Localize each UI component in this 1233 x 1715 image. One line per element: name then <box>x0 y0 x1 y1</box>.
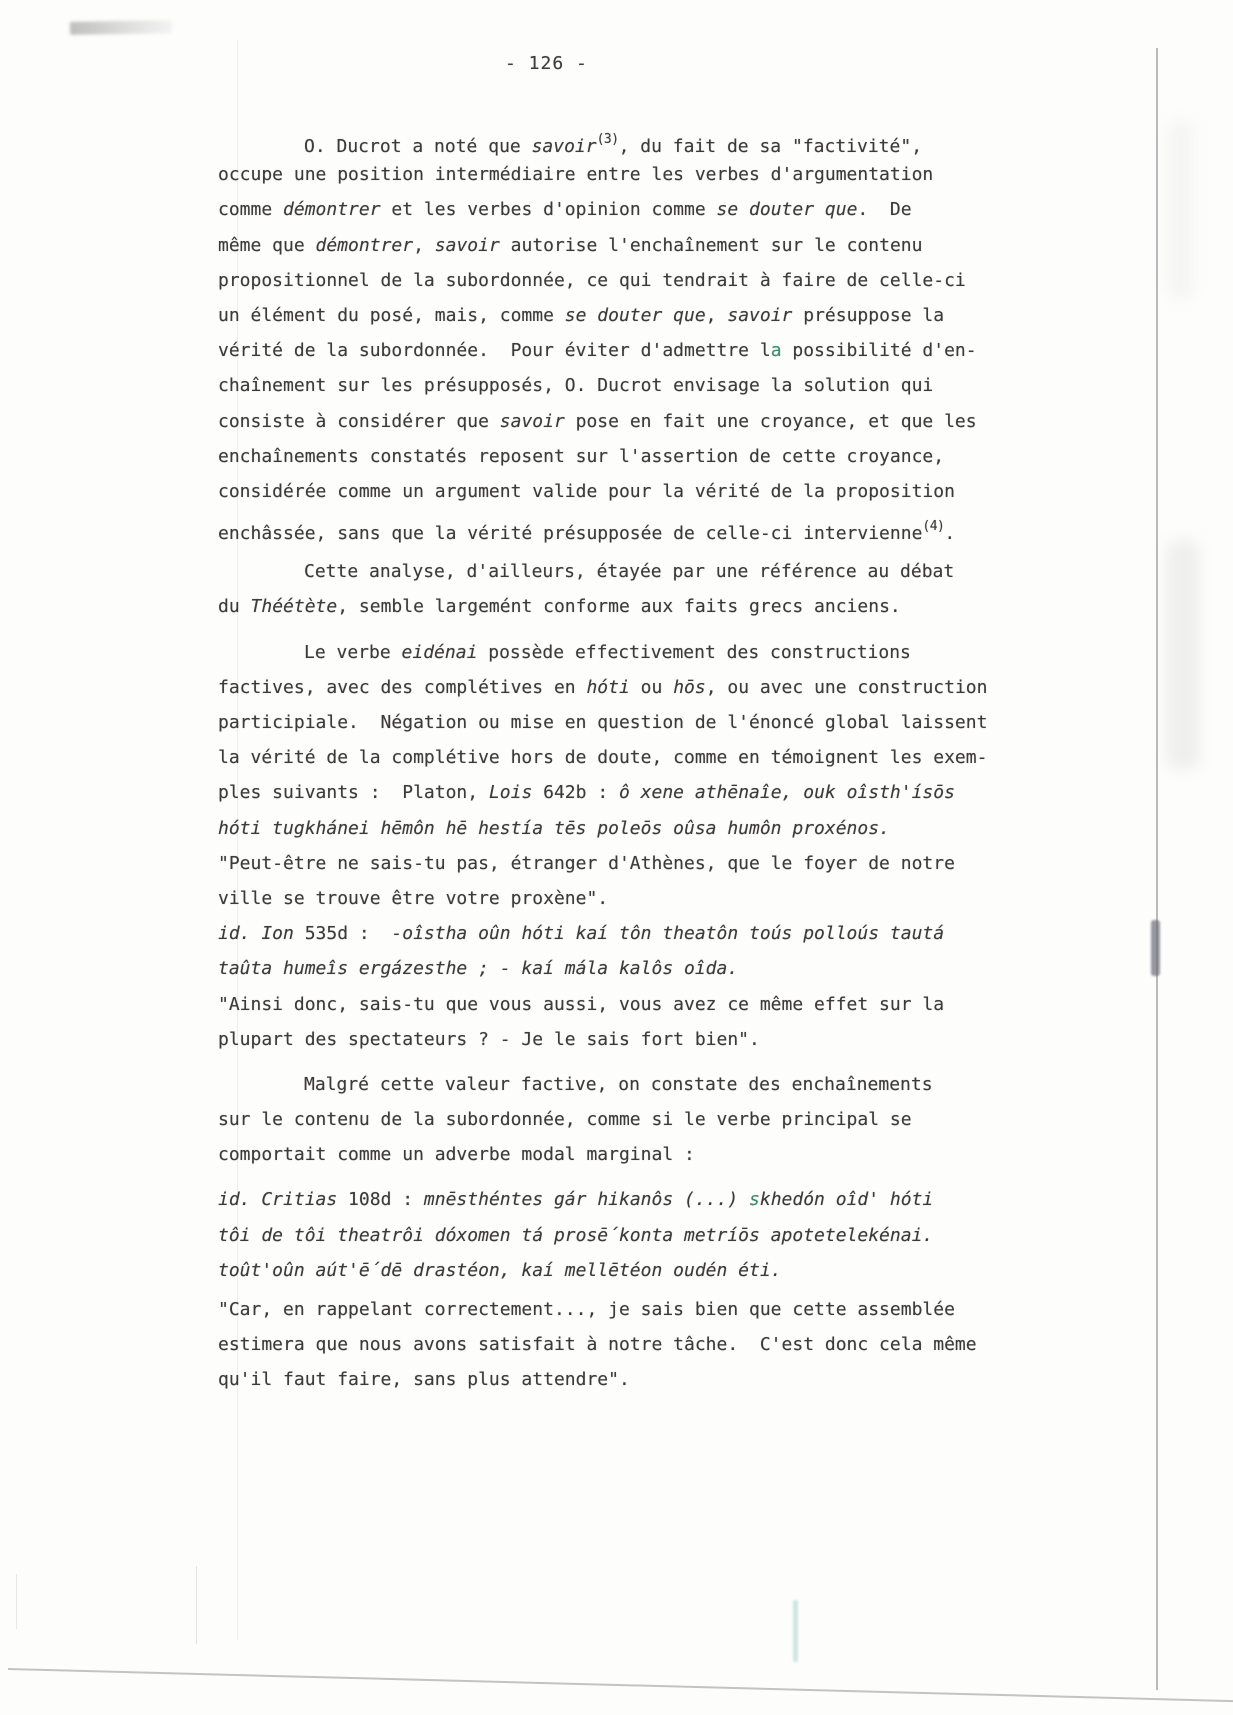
text-line: sur le contenu de la subordonnée, comme … <box>218 1102 1028 1137</box>
scan-page-bottom-edge <box>8 1668 1233 1708</box>
text-line: Cette analyse, d'ailleurs, étayée par un… <box>218 554 1028 589</box>
text-segment: 108d : <box>337 1189 424 1210</box>
text-line: toût'oûn aút'ḗdē drastéon, kaí mellētéon… <box>218 1253 1028 1288</box>
text-segment: ples suivants : Platon, <box>218 782 489 803</box>
text-line: chaînement sur les présupposés, O. Ducro… <box>218 368 1028 403</box>
text-line: même que démontrer, savoir autorise l'en… <box>218 228 1028 263</box>
text-segment: , du fait de sa "factivité", <box>619 136 922 157</box>
text-line: id. Ion 535d : -oîstha oûn hóti kaí tôn … <box>218 916 1028 951</box>
scan-mark-bottom-left-b <box>16 1574 17 1629</box>
text-segment: , <box>413 235 435 256</box>
text-line: "Peut-être ne sais-tu pas, étranger d'At… <box>218 846 1028 881</box>
scan-smudge-top-left <box>70 20 172 35</box>
text-segment: possibilité d'en- <box>782 340 977 361</box>
text-segment: ville se trouve être votre proxène". <box>218 888 608 909</box>
text-line: propositionnel de la subordonnée, ce qui… <box>218 263 1028 298</box>
text-segment: tôi de tôi theatrôi dóxomen tá prosḗkont… <box>218 1225 933 1246</box>
text-line: la vérité de la complétive hors de doute… <box>218 740 1028 775</box>
text-segment: . <box>944 523 955 544</box>
text-segment: sur le contenu de la subordonnée, comme … <box>218 1109 912 1130</box>
text-segment: 642b : <box>532 782 619 803</box>
text-segment: , <box>706 305 728 326</box>
text-line: qu'il faut faire, sans plus attendre". <box>218 1362 1028 1397</box>
text-segment: khedón oîd' hóti <box>760 1189 933 1210</box>
text-line: comportait comme un adverbe modal margin… <box>218 1137 1028 1172</box>
text-segment: a <box>771 340 782 361</box>
text-line: consiste à considérer que savoir pose en… <box>218 404 1028 439</box>
text-segment: . De <box>857 199 911 220</box>
text-segment: Le verbe <box>304 642 402 663</box>
text-segment: "Car, en rappelant correctement..., je s… <box>218 1299 955 1320</box>
text-segment: Théétète <box>251 596 338 617</box>
page-number: - 126 - <box>505 53 588 74</box>
text-line: du Théétète, semble largemént conforme a… <box>218 589 1028 624</box>
text-line: taûta humeîs ergázesthe ; - kaí mála kal… <box>218 951 1028 986</box>
text-line: Le verbe eidénai possède effectivement d… <box>218 635 1028 670</box>
text-segment: démontrer <box>283 199 381 220</box>
text-segment: Malgré cette valeur factive, on constate… <box>304 1074 933 1095</box>
text-line: hóti tugkhánei hēmôn hē hestía tēs poleō… <box>218 811 1028 846</box>
text-segment: participiale. Négation ou mise en questi… <box>218 712 987 733</box>
scan-mark-bottom-left-a <box>196 1566 197 1644</box>
text-line: participiale. Négation ou mise en questi… <box>218 705 1028 740</box>
text-line: enchaînements constatés reposent sur l'a… <box>218 439 1028 474</box>
text-segment: (4) <box>922 519 944 534</box>
text-segment: savoir <box>727 305 792 326</box>
text-line: vérité de la subordonnée. Pour éviter d'… <box>218 333 1028 368</box>
text-segment: la vérité de la complétive hors de doute… <box>218 747 987 768</box>
text-segment: "Peut-être ne sais-tu pas, étranger d'At… <box>218 853 955 874</box>
text-segment: toût'oûn aút'ḗdē drastéon, kaí mellētéon… <box>218 1260 782 1281</box>
text-segment: se douter que <box>565 305 706 326</box>
text-segment: (3) <box>597 132 619 147</box>
text-segment: "Ainsi donc, sais-tu que vous aussi, vou… <box>218 994 944 1015</box>
text-segment: Lois <box>489 782 532 803</box>
text-segment: considérée comme un argument valide pour… <box>218 481 955 502</box>
text-segment: , semble largemént conforme aux faits gr… <box>337 596 901 617</box>
text-segment: comportait comme un adverbe modal margin… <box>218 1144 695 1165</box>
text-line: comme démontrer et les verbes d'opinion … <box>218 192 1028 227</box>
paragraph: Le verbe eidénai possède effectivement d… <box>218 635 1028 1057</box>
text-segment: id. Ion <box>218 923 294 944</box>
text-line: un élément du posé, mais, comme se doute… <box>218 298 1028 333</box>
scan-mark-teal-bottom <box>793 1600 798 1662</box>
document-page: - 126 - O. Ducrot a noté que savoir(3), … <box>0 0 1233 1715</box>
text-line: "Car, en rappelant correctement..., je s… <box>218 1292 1028 1327</box>
text-segment: présuppose la <box>792 305 944 326</box>
paragraph: id. Critias 108d : mnēsthéntes gár hikan… <box>218 1182 1028 1288</box>
paragraph: Malgré cette valeur factive, on constate… <box>218 1067 1028 1173</box>
text-segment: estimera que nous avons satisfait à notr… <box>218 1334 977 1355</box>
text-segment: même que <box>218 235 316 256</box>
text-line: Malgré cette valeur factive, on constate… <box>218 1067 1028 1102</box>
text-segment: enchâssée, sans que la vérité présupposé… <box>218 523 922 544</box>
text-segment: Cette analyse, d'ailleurs, étayée par un… <box>304 561 954 582</box>
text-line: factives, avec des complétives en hóti o… <box>218 670 1028 705</box>
scan-wash-right-top <box>1168 120 1194 300</box>
text-segment: mnēsthéntes gár hikanôs (...) <box>424 1189 749 1210</box>
text-segment: O. Ducrot a noté que <box>304 136 532 157</box>
text-segment: possède effectivement des constructions <box>477 642 910 663</box>
text-segment: ô xene athēnaîe, ouk oîsth'ísōs <box>619 782 955 803</box>
text-segment: enchaînements constatés reposent sur l'a… <box>218 446 944 467</box>
text-line: ville se trouve être votre proxène". <box>218 881 1028 916</box>
paragraph: O. Ducrot a noté que savoir(3), du fait … <box>218 122 1028 544</box>
text-segment: s <box>749 1189 760 1210</box>
text-segment: chaînement sur les présupposés, O. Ducro… <box>218 375 933 396</box>
text-segment: plupart des spectateurs ? - Je le sais f… <box>218 1029 760 1050</box>
paragraph: "Car, en rappelant correctement..., je s… <box>218 1292 1028 1398</box>
text-segment: et les verbes d'opinion comme <box>381 199 717 220</box>
text-segment: qu'il faut faire, sans plus attendre". <box>218 1369 630 1390</box>
text-segment: , ou avec une construction <box>706 677 988 698</box>
text-segment: démontrer <box>316 235 414 256</box>
text-segment: hōs <box>673 677 706 698</box>
text-line: estimera que nous avons satisfait à notr… <box>218 1327 1028 1362</box>
text-line: id. Critias 108d : mnēsthéntes gár hikan… <box>218 1182 1028 1217</box>
text-segment: du <box>218 596 251 617</box>
text-segment: savoir <box>500 411 565 432</box>
text-segment: autorise l'enchaînement sur le contenu <box>500 235 923 256</box>
text-segment: -oîstha oûn hóti kaí tôn theatôn toús po… <box>391 923 944 944</box>
text-segment: 535d : <box>294 923 392 944</box>
text-segment: consiste à considérer que <box>218 411 500 432</box>
text-segment: pose en fait une croyance, et que les <box>565 411 977 432</box>
text-line: plupart des spectateurs ? - Je le sais f… <box>218 1022 1028 1057</box>
text-segment: taûta humeîs ergázesthe ; - kaí mála kal… <box>218 958 738 979</box>
scan-wash-right <box>1166 540 1200 770</box>
text-segment: savoir <box>435 235 500 256</box>
text-segment: vérité de la subordonnée. Pour éviter d'… <box>218 340 771 361</box>
text-segment: hóti tugkhánei hēmôn hē hestía tēs poleō… <box>218 818 890 839</box>
text-segment: occupe une position intermédiaire entre … <box>218 164 933 185</box>
text-segment: un élément du posé, mais, comme <box>218 305 565 326</box>
text-line: enchâssée, sans que la vérité présupposé… <box>218 509 1028 544</box>
text-segment: factives, avec des complétives en <box>218 677 586 698</box>
text-line: occupe une position intermédiaire entre … <box>218 157 1028 192</box>
text-line: ples suivants : Platon, Lois 642b : ô xe… <box>218 775 1028 810</box>
text-segment: eidénai <box>402 642 478 663</box>
scan-blob-right <box>1151 920 1160 976</box>
text-segment: hóti <box>586 677 629 698</box>
paragraph: Cette analyse, d'ailleurs, étayée par un… <box>218 554 1028 624</box>
text-line: tôi de tôi theatrôi dóxomen tá prosḗkont… <box>218 1218 1028 1253</box>
text-segment: comme <box>218 199 283 220</box>
text-segment: savoir <box>532 136 597 157</box>
text-line: O. Ducrot a noté que savoir(3), du fait … <box>218 122 1028 157</box>
scan-edge-line-right <box>1156 48 1158 1690</box>
text-line: "Ainsi donc, sais-tu que vous aussi, vou… <box>218 987 1028 1022</box>
text-segment: se douter que <box>717 199 858 220</box>
text-body: O. Ducrot a noté que savoir(3), du fait … <box>218 122 1028 1398</box>
text-line: considérée comme un argument valide pour… <box>218 474 1028 509</box>
text-segment: propositionnel de la subordonnée, ce qui… <box>218 270 966 291</box>
text-segment: ou <box>630 677 673 698</box>
text-segment: id. Critias <box>218 1189 337 1210</box>
